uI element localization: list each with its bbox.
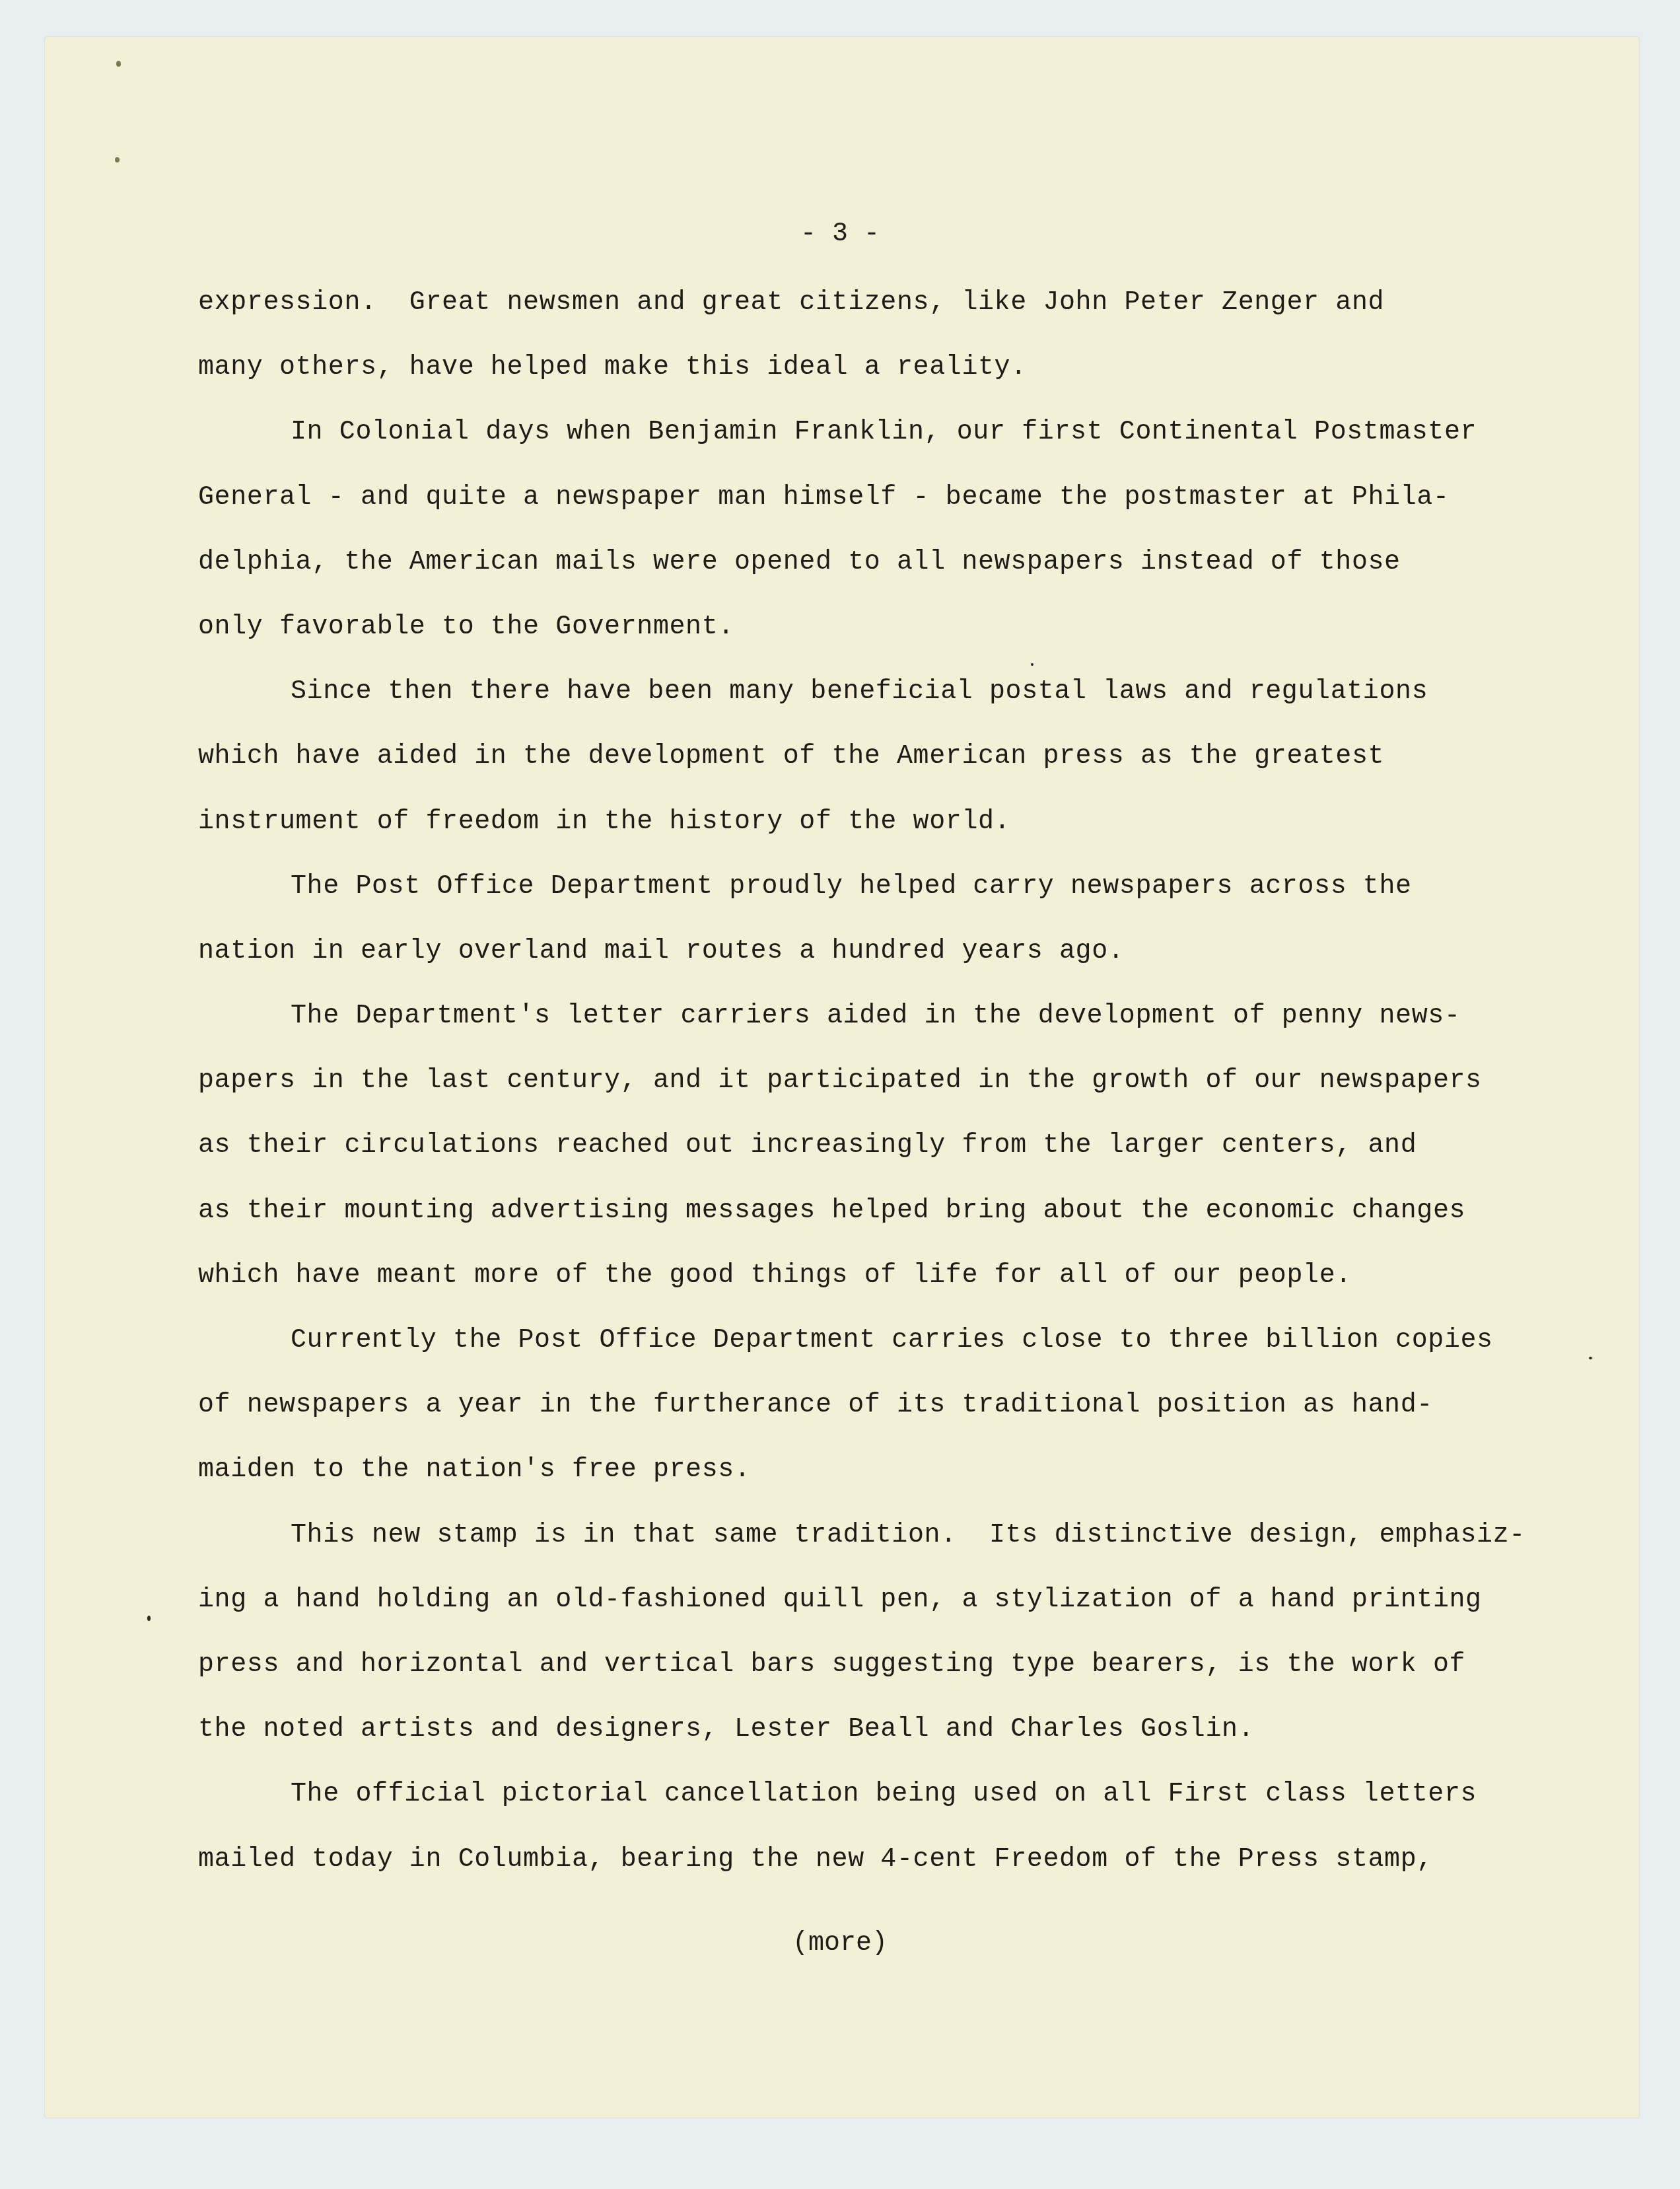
text-line: many others, have helped make this ideal… <box>198 336 1572 400</box>
text-line: This new stamp is in that same tradition… <box>198 1503 1572 1568</box>
text-line: In Colonial days when Benjamin Franklin,… <box>198 400 1572 465</box>
paragraph: The Department's letter carriers aided i… <box>198 984 1572 1309</box>
text-line: maiden to the nation's free press. <box>198 1438 1572 1503</box>
text-line: The Department's letter carriers aided i… <box>198 984 1572 1049</box>
paragraph: In Colonial days when Benjamin Franklin,… <box>198 400 1572 660</box>
text-line: which have aided in the development of t… <box>198 725 1572 789</box>
text-line: mailed today in Columbia, bearing the ne… <box>198 1828 1572 1892</box>
punch-hole-mark <box>115 157 120 162</box>
ink-speck <box>1589 1357 1592 1359</box>
text-line: ing a hand holding an old-fashioned quil… <box>198 1568 1572 1633</box>
text-line: General - and quite a newspaper man hims… <box>198 466 1572 530</box>
document-body: expression. Great newsmen and great citi… <box>198 271 1572 1892</box>
text-line: as their mounting advertising messages h… <box>198 1179 1572 1244</box>
paragraph: The Post Office Department proudly helpe… <box>198 855 1572 984</box>
ink-speck <box>147 1616 151 1621</box>
text-line: expression. Great newsmen and great citi… <box>198 271 1572 336</box>
text-line: press and horizontal and vertical bars s… <box>198 1633 1572 1698</box>
text-line: as their circulations reached out increa… <box>198 1114 1572 1178</box>
text-line: The official pictorial cancellation bein… <box>198 1762 1572 1827</box>
continuation-marker: (more) <box>0 1929 1680 1958</box>
text-line: nation in early overland mail routes a h… <box>198 919 1572 984</box>
page-number: - 3 - <box>0 219 1680 249</box>
text-line: instrument of freedom in the history of … <box>198 790 1572 855</box>
text-line: delphia, the American mails were opened … <box>198 530 1572 595</box>
text-line: which have meant more of the good things… <box>198 1244 1572 1309</box>
text-line: Since then there have been many benefici… <box>198 660 1572 725</box>
paragraph: This new stamp is in that same tradition… <box>198 1503 1572 1763</box>
paragraph: The official pictorial cancellation bein… <box>198 1762 1572 1892</box>
text-line: The Post Office Department proudly helpe… <box>198 855 1572 919</box>
text-line: papers in the last century, and it parti… <box>198 1049 1572 1114</box>
punch-hole-mark <box>116 61 121 67</box>
paragraph: Currently the Post Office Department car… <box>198 1309 1572 1503</box>
paragraph: Since then there have been many benefici… <box>198 660 1572 855</box>
text-line: the noted artists and designers, Lester … <box>198 1698 1572 1762</box>
text-line: Currently the Post Office Department car… <box>198 1309 1572 1373</box>
text-line: only favorable to the Government. <box>198 595 1572 660</box>
paragraph: expression. Great newsmen and great citi… <box>198 271 1572 400</box>
text-line: of newspapers a year in the furtherance … <box>198 1373 1572 1438</box>
